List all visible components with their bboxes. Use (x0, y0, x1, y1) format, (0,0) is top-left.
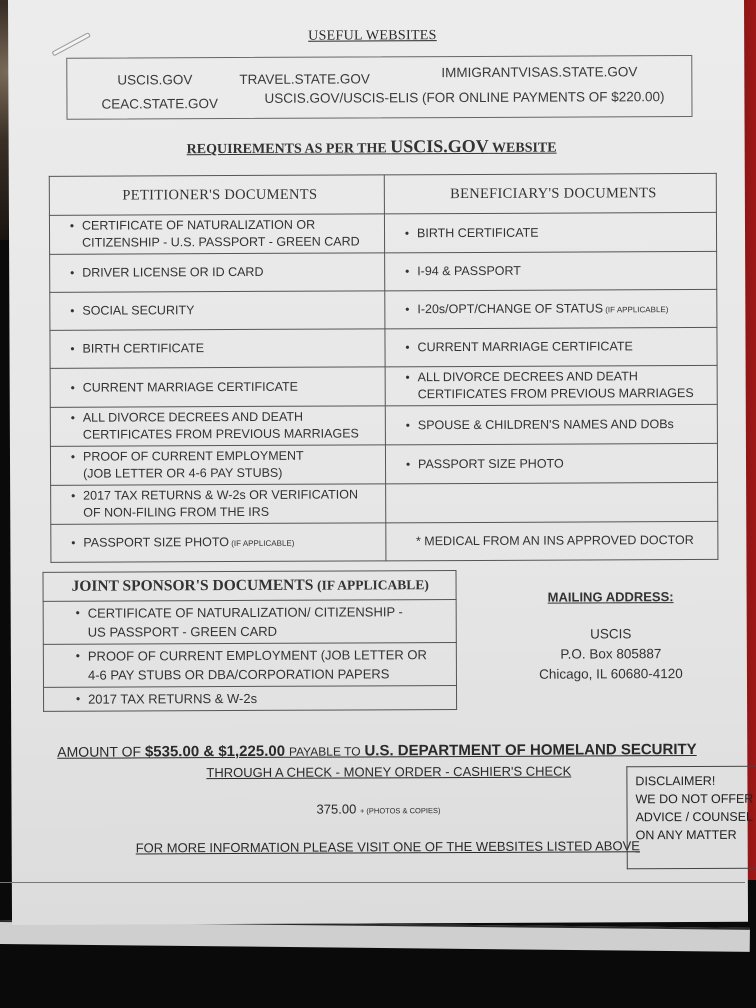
address-line: P.O. Box 805887 (511, 644, 711, 665)
document-cell: •PROOF OF CURRENT EMPLOYMENT(JOB LETTER … (50, 445, 385, 485)
table-row: •2017 TAX RETURNS & W-2s OR VERIFICATION… (51, 482, 718, 524)
fee-amounts: $535.00 & $1,225.00 (145, 743, 285, 761)
document-cell: •BIRTH CERTIFICATE (50, 329, 385, 368)
table-row: •BIRTH CERTIFICATE•CURRENT MARRIAGE CERT… (50, 327, 717, 368)
table-row: •PROOF OF CURRENT EMPLOYMENT(JOB LETTER … (50, 443, 717, 485)
bullet-icon: • (63, 449, 83, 466)
document-item: PROOF OF CURRENT EMPLOYMENT (JOB LETTER … (88, 645, 427, 684)
bullet-icon: • (62, 265, 82, 282)
document-cell: •I-94 & PASSPORT (385, 251, 717, 290)
document-item: SOCIAL SECURITY (82, 302, 194, 319)
page-edge-line (0, 882, 745, 883)
bullet-icon: • (68, 690, 88, 709)
document-item: CURRENT MARRIAGE CERTIFICATE (83, 378, 298, 396)
document-cell: •I-20s/OPT/CHANGE OF STATUS (IF APPLICAB… (385, 289, 717, 328)
document-cell: * MEDICAL FROM AN INS APPROVED DOCTOR (386, 521, 718, 560)
document-item: PASSPORT SIZE PHOTO (418, 455, 564, 473)
document-cell: •ALL DIVORCE DECREES AND DEATHCERTIFICAT… (50, 406, 385, 446)
document-item: 2017 TAX RETURNS & W-2s OR VERIFICATIONO… (83, 486, 358, 521)
document-item: I-20s/OPT/CHANGE OF STATUS (IF APPLICABL… (417, 300, 668, 319)
mailing-address: MAILING ADDRESS: USCIS P.O. Box 805887 C… (511, 587, 711, 685)
payment-methods: THROUGH A CHECK - MONEY ORDER - CASHIER'… (206, 764, 571, 781)
address-line: Chicago, IL 60680-4120 (511, 664, 711, 685)
joint-sponsor-table: JOINT SPONSOR'S DOCUMENTS (IF APPLICABLE… (42, 570, 457, 712)
website-link[interactable]: CEAC.STATE.GOV (101, 96, 218, 112)
pen-mark (52, 32, 91, 56)
document-cell: •2017 TAX RETURNS & W-2s (43, 686, 456, 712)
table-row: •SOCIAL SECURITY•I-20s/OPT/CHANGE OF STA… (50, 289, 717, 330)
bullet-icon: • (397, 301, 417, 318)
bullet-icon: • (63, 410, 83, 427)
document-item: PASSPORT SIZE PHOTO (IF APPLICABLE) (83, 533, 294, 552)
document-item: I-94 & PASSPORT (417, 263, 521, 280)
document-item: ALL DIVORCE DECREES AND DEATHCERTIFICATE… (83, 408, 359, 443)
bullet-icon: • (63, 379, 83, 396)
bullet-icon: • (68, 604, 88, 623)
extra-fee: 375.00 + (PHOTOS & COPIES) (317, 801, 441, 817)
mailing-address-heading: MAILING ADDRESS: (511, 587, 711, 608)
bullet-icon: • (63, 488, 83, 505)
table-row: •PASSPORT SIZE PHOTO (IF APPLICABLE)* ME… (51, 521, 718, 562)
address-line: USCIS (511, 624, 711, 645)
document-cell: •PASSPORT SIZE PHOTO (IF APPLICABLE) (51, 523, 386, 562)
payment-amount: AMOUNT OF $535.00 & $1,225.00 PAYABLE TO… (57, 741, 696, 761)
beneficiary-header: BENEFICIARY'S DOCUMENTS (384, 173, 716, 213)
document-item: 2017 TAX RETURNS & W-2s (88, 689, 257, 709)
document-cell: •CERTIFICATE OF NATURALIZATION ORCITIZEN… (49, 214, 384, 254)
document-cell: •CERTIFICATE OF NATURALIZATION/ CITIZENS… (43, 600, 456, 645)
document-cell (386, 482, 718, 522)
bullet-icon: • (398, 369, 418, 386)
document-item: * MEDICAL FROM AN INS APPROVED DOCTOR (416, 533, 694, 548)
underlying-sheet (0, 920, 750, 952)
table-row: •DRIVER LICENSE OR ID CARD•I-94 & PASSPO… (50, 251, 717, 292)
requirements-table: PETITIONER'S DOCUMENTS BENEFICIARY'S DOC… (49, 173, 719, 563)
websites-box: USCIS.GOV TRAVEL.STATE.GOV IMMIGRANTVISA… (66, 55, 692, 120)
table-row: •2017 TAX RETURNS & W-2s (43, 686, 456, 712)
website-link[interactable]: USCIS.GOV (117, 72, 192, 87)
bullet-icon: • (398, 417, 418, 434)
table-row: •ALL DIVORCE DECREES AND DEATHCERTIFICAT… (50, 404, 717, 446)
table-row: •CURRENT MARRIAGE CERTIFICATE•ALL DIVORC… (50, 365, 717, 407)
disclaimer-box: DISCLAIMER! WE DO NOT OFFER ADVICE / COU… (626, 766, 756, 870)
bullet-icon: • (398, 456, 418, 473)
bullet-icon: • (68, 647, 88, 666)
document-item: ALL DIVORCE DECREES AND DEATHCERTIFICATE… (418, 368, 694, 403)
petitioner-header: PETITIONER'S DOCUMENTS (49, 175, 384, 215)
document-item: SPOUSE & CHILDREN'S NAMES AND DOBs (418, 416, 674, 434)
document-item: CERTIFICATE OF NATURALIZATION ORCITIZENS… (82, 216, 360, 251)
table-row: •CERTIFICATE OF NATURALIZATION ORCITIZEN… (49, 212, 716, 254)
document-cell: •SPOUSE & CHILDREN'S NAMES AND DOBs (385, 404, 717, 444)
document-item: BIRTH CERTIFICATE (417, 224, 539, 242)
table-row: •CERTIFICATE OF NATURALIZATION/ CITIZENS… (43, 600, 456, 645)
bullet-icon: • (62, 303, 82, 320)
bullet-icon: • (62, 341, 82, 358)
document-item: BIRTH CERTIFICATE (82, 340, 204, 358)
document-cell: •SOCIAL SECURITY (50, 291, 385, 330)
bullet-icon: • (397, 339, 417, 356)
bullet-icon: • (63, 534, 83, 551)
bullet-icon: • (62, 218, 82, 235)
document-cell: •CURRENT MARRIAGE CERTIFICATE (50, 367, 385, 407)
useful-websites-title: USEFUL WEBSITES (308, 28, 437, 45)
website-link[interactable]: TRAVEL.STATE.GOV (239, 71, 370, 87)
document-cell: •ALL DIVORCE DECREES AND DEATHCERTIFICAT… (385, 365, 717, 405)
document-cell: •DRIVER LICENSE OR ID CARD (50, 253, 385, 292)
requirements-title: REQUIREMENTS AS PER THE USCIS.GOV WEBSIT… (187, 136, 557, 159)
document-item: DRIVER LICENSE OR ID CARD (82, 264, 263, 282)
document-cell: •BIRTH CERTIFICATE (384, 212, 716, 252)
applicability-note: (IF APPLICABLE) (603, 305, 668, 314)
document-item: PROOF OF CURRENT EMPLOYMENT(JOB LETTER O… (83, 448, 304, 483)
joint-sponsor-header: JOINT SPONSOR'S DOCUMENTS (IF APPLICABLE… (43, 571, 456, 602)
document-item: CURRENT MARRIAGE CERTIFICATE (417, 338, 632, 356)
document-cell: •2017 TAX RETURNS & W-2s OR VERIFICATION… (51, 484, 386, 524)
website-link[interactable]: IMMIGRANTVISAS.STATE.GOV (441, 64, 637, 80)
document-cell: •CURRENT MARRIAGE CERTIFICATE (385, 327, 717, 366)
table-row: •PROOF OF CURRENT EMPLOYMENT (JOB LETTER… (43, 643, 456, 688)
applicability-note: (IF APPLICABLE) (229, 538, 294, 547)
bullet-icon: • (397, 225, 417, 242)
more-info-note: FOR MORE INFORMATION PLEASE VISIT ONE OF… (136, 838, 640, 855)
bullet-icon: • (397, 263, 417, 280)
document-item: CERTIFICATE OF NATURALIZATION/ CITIZENSH… (88, 602, 403, 641)
payee: U.S. DEPARTMENT OF HOMELAND SECURITY (364, 741, 696, 759)
document-page: USEFUL WEBSITES USCIS.GOV TRAVEL.STATE.G… (8, 0, 748, 925)
document-cell: •PASSPORT SIZE PHOTO (385, 443, 717, 483)
document-cell: •PROOF OF CURRENT EMPLOYMENT (JOB LETTER… (43, 643, 456, 688)
website-link[interactable]: USCIS.GOV/USCIS-ELIS (FOR ONLINE PAYMENT… (264, 89, 664, 106)
